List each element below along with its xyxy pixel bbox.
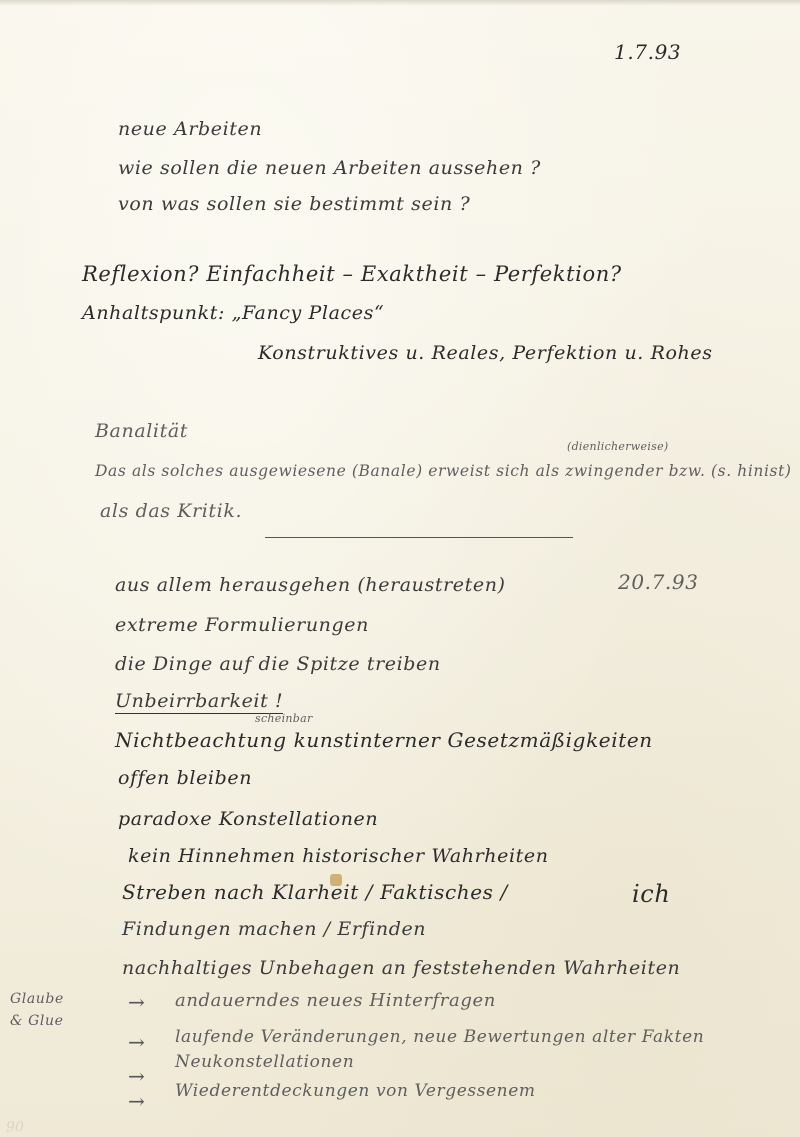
section1-line-1: wie sollen die neuen Arbeiten aussehen ? [118, 157, 541, 179]
section3-title: Banalität [95, 420, 188, 442]
list-item: kein Hinnehmen historischer Wahrheiten [128, 845, 549, 867]
list-item: aus allem herausgehen (heraustreten) [115, 574, 506, 596]
divider-line [265, 537, 573, 538]
section3-line-2: als das Kritik. [100, 500, 242, 522]
list-item: paradoxe Konstellationen [118, 808, 378, 830]
section2-line-3: Konstruktives u. Reales, Perfektion u. R… [258, 342, 713, 364]
header-date: 1.7.93 [614, 40, 681, 64]
underlined-text: Unbeirrbarkeit ! [115, 690, 283, 714]
list-item-underlined: Unbeirrbarkeit ! [115, 690, 283, 712]
list-item: Findungen machen / Erfinden [122, 918, 426, 940]
arrow-icon: → [128, 1064, 145, 1088]
paper-stain [330, 874, 342, 886]
list-item: nachhaltiges Unbehagen an feststehenden … [122, 957, 680, 979]
arrow-item: andauerndes neues Hinterfragen [175, 990, 496, 1011]
arrow-icon: → [128, 990, 145, 1014]
section1-title: neue Arbeiten [118, 118, 262, 140]
margin-mark: ich [632, 880, 670, 908]
section4-date: 20.7.93 [618, 570, 699, 594]
superscript-note: scheinbar [255, 712, 313, 725]
arrow-item: Wiederentdeckungen von Vergessenem [175, 1081, 536, 1101]
margin-note: Glaube & Glue [10, 988, 70, 1032]
paper-top-edge [0, 0, 800, 6]
section3-annotation: (dienlicherweise) [567, 440, 668, 453]
list-item: offen bleiben [118, 767, 252, 789]
list-item: Nichtbeachtung kunstinterner Gesetzmäßig… [115, 728, 653, 752]
arrow-icon: → [128, 1030, 145, 1054]
section2-line-1: Reflexion? Einfachheit – Exaktheit – Per… [82, 262, 622, 286]
list-item: Streben nach Klarheit / Faktisches / [122, 880, 508, 904]
arrow-icon: → [128, 1089, 145, 1113]
list-item: die Dinge auf die Spitze treiben [115, 653, 441, 675]
section3-line-1: Das als solches ausgewiesene (Banale) er… [95, 462, 792, 480]
arrow-item: laufende Veränderungen, neue Bewertungen… [175, 1027, 704, 1047]
section1-line-2: von was sollen sie bestimmt sein ? [118, 193, 470, 215]
list-item: extreme Formulierungen [115, 614, 369, 636]
page-number-mark: 06 [6, 1117, 24, 1133]
section2-line-2: Anhaltspunkt: „Fancy Places“ [82, 302, 384, 324]
arrow-item: Neukonstellationen [175, 1052, 354, 1072]
